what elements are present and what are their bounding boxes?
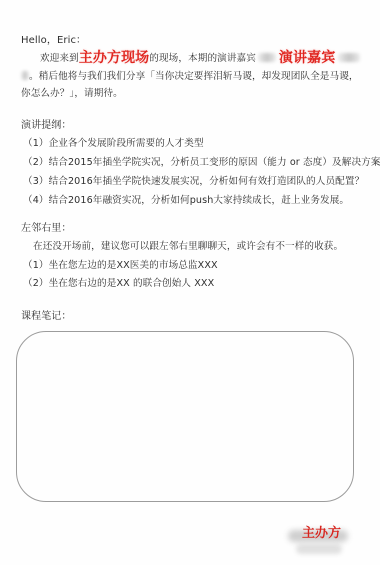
greeting: Hello，Eric：: [21, 34, 86, 47]
outline-item: （4）结合2016年融资实况，分析如何push大家持续成长，赶上业务发展。: [23, 194, 349, 207]
intro-prefix: 欢迎来到: [40, 53, 79, 64]
redacted-logo-smudge: [296, 544, 342, 554]
intro-line-2: 。稍后他将与我们我们分享「当你决定要挥泪斩马谡，却发现团队全是马谡，: [21, 70, 359, 83]
neighbor-item: （2）坐在您右边的是XX 的联合创始人 XXX: [23, 277, 214, 290]
intro-line-1: 欢迎来到主办方现场的现场，本期的演讲嘉宾演讲嘉宾: [40, 52, 360, 65]
neighbor-item: （1）坐在您左边的是XX医美的市场总监XXX: [23, 259, 218, 272]
course-notes-box[interactable]: [16, 331, 354, 502]
redacted-speaker-prefix: [258, 53, 276, 62]
redacted-speaker-suffix: [338, 53, 360, 62]
sponsor-placeholder: 主办方: [302, 526, 341, 542]
sponsor-signature: 主办方: [288, 524, 354, 560]
neighbors-heading: 左邻右里：: [21, 222, 72, 235]
organizer-placeholder: 主办方现场: [79, 50, 150, 66]
intro-line-2-text: 。稍后他将与我们我们分享「当你决定要挥泪斩马谡，却发现团队全是马谡，: [29, 71, 359, 82]
outline-item: （1）企业各个发展阶段所需要的人才类型: [23, 137, 204, 150]
neighbors-paragraph: 在还没开场前，建议您可以跟左邻右里聊聊天，或许会有不一样的收获。: [33, 240, 343, 253]
redacted-speaker-name: [21, 71, 29, 80]
outline-item: （2）结合2015年插坐学院实况，分析员工变形的原因（能力 or 态度）及解决方…: [23, 156, 380, 169]
speaker-placeholder: 演讲嘉宾: [279, 50, 335, 66]
intro-middle: 的现场，本期的演讲嘉宾: [149, 53, 256, 64]
notes-heading: 课程笔记：: [21, 310, 72, 323]
intro-line-3: 你怎么办？」，请期待。: [21, 87, 123, 100]
outline-item: （3）结合2016年插坐学院快速发展实况，分析如何有效打造团队的人员配置？: [23, 175, 364, 188]
letter-page: Hello，Eric： 欢迎来到主办方现场的现场，本期的演讲嘉宾演讲嘉宾 。稍后…: [0, 0, 380, 565]
outline-heading: 演讲提纲：: [21, 119, 72, 132]
